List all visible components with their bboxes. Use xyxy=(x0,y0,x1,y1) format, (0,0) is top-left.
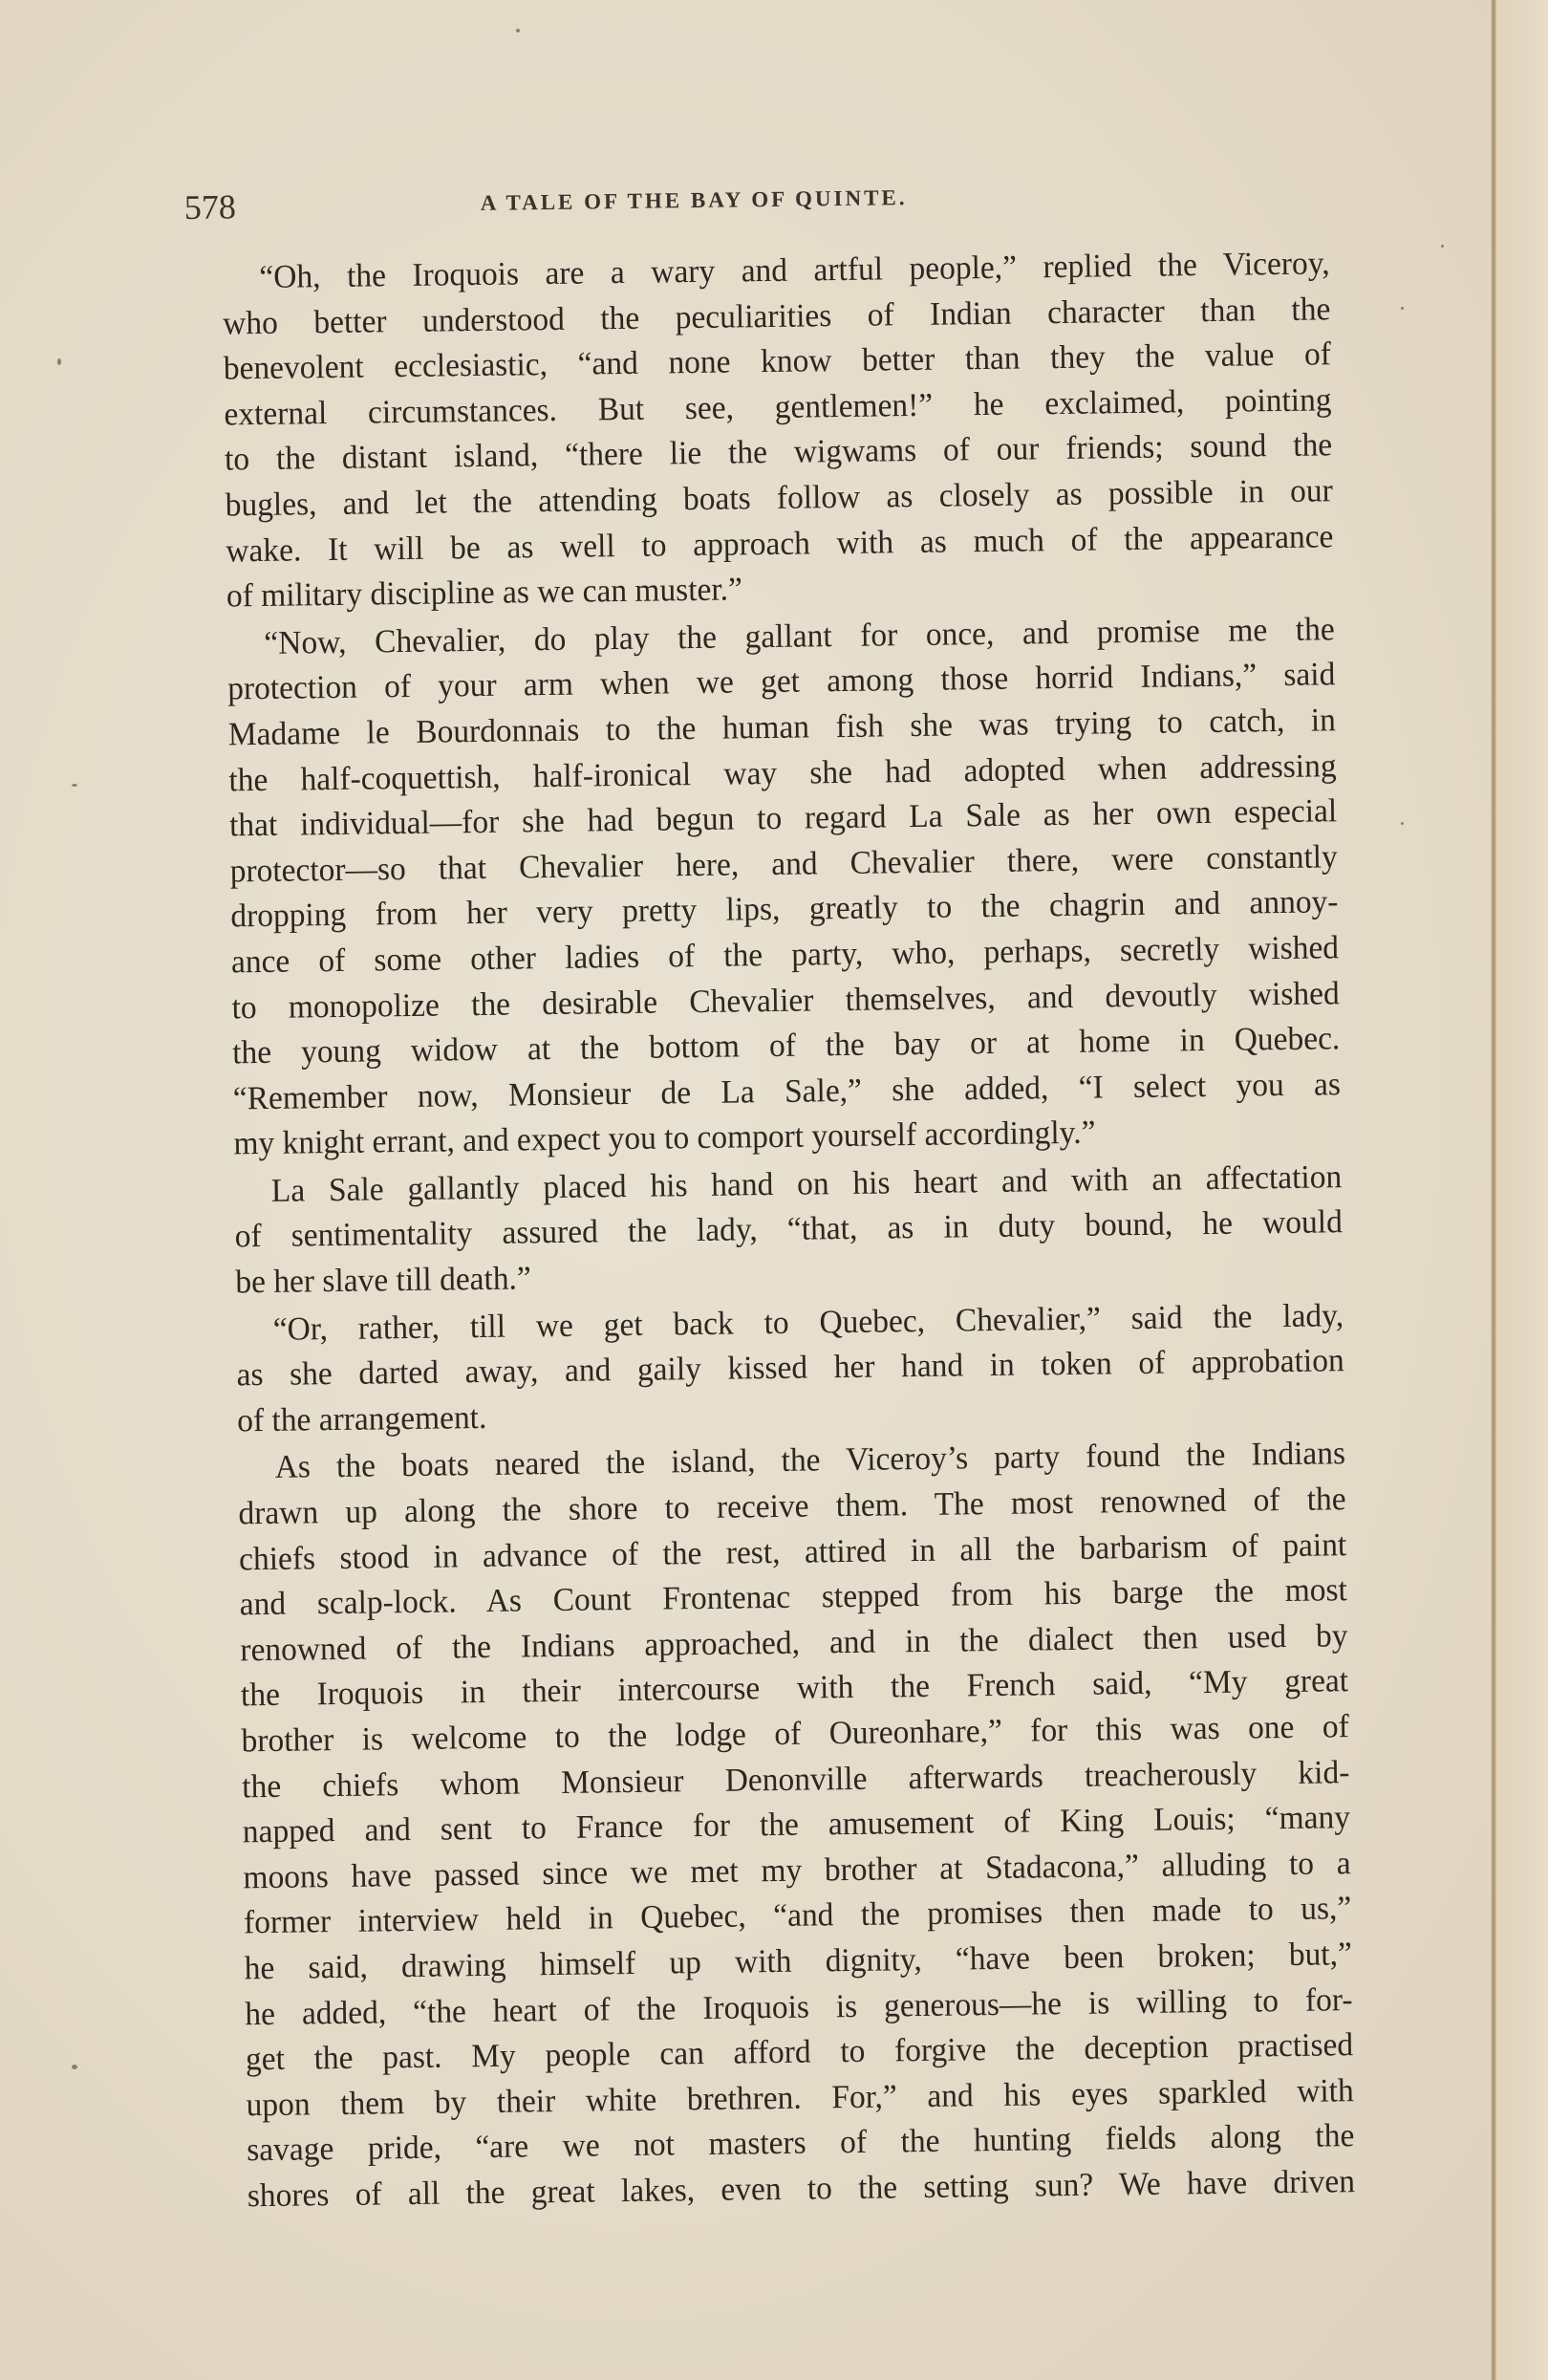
facing-page-edge xyxy=(1496,0,1548,2380)
paragraph: “Now, Chevalier, do play the gallant for… xyxy=(190,607,1342,1168)
paper-speck xyxy=(72,784,77,787)
page-gutter-line xyxy=(1491,0,1496,2380)
paragraph: “Or, rather, till we get back to Quebec,… xyxy=(199,1293,1345,1444)
running-title: A TALE OF THE BAY OF QUINTE. xyxy=(481,185,908,216)
paper-speck xyxy=(1401,822,1404,825)
paper-speck xyxy=(72,2065,77,2069)
paragraph: “Oh, the Iroquois are a wary and artful … xyxy=(185,241,1335,619)
paper-speck xyxy=(1401,307,1404,310)
paragraph: La Sale gallantly placed his hand on his… xyxy=(197,1155,1344,1306)
paper-speck xyxy=(516,29,520,32)
paper-speck xyxy=(1441,245,1444,248)
body-text: “Oh, the Iroquois are a wary and artful … xyxy=(185,241,1356,2219)
paper-speck xyxy=(57,358,61,365)
paragraph: As the boats neared the island, the Vice… xyxy=(201,1432,1355,2220)
page-number: 578 xyxy=(184,186,237,227)
